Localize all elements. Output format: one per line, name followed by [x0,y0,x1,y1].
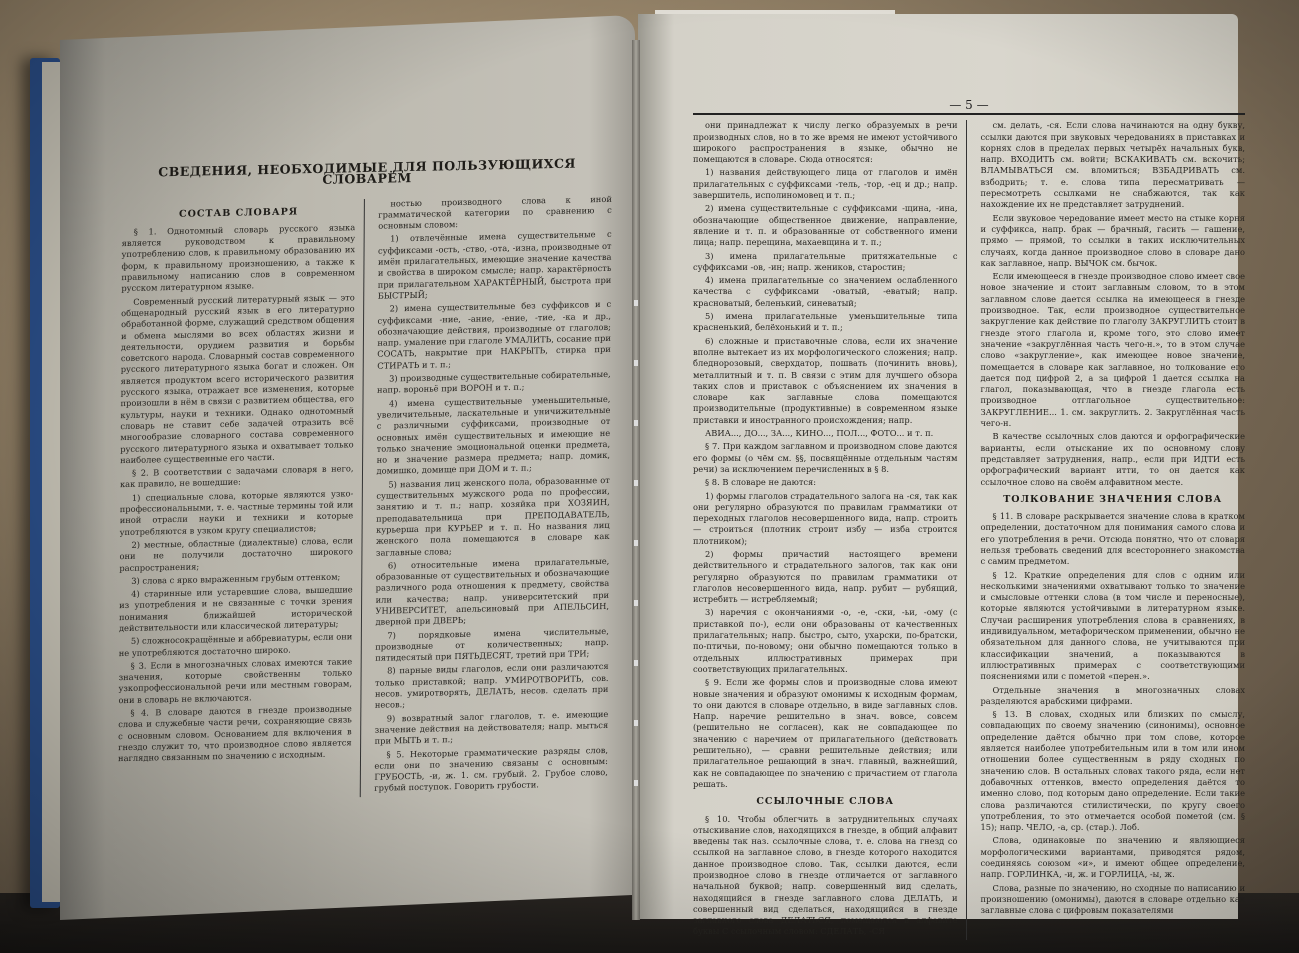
paragraph: 6) относительные имена прилагательные, о… [375,556,609,629]
left-page-column-1: СОСТАВ СЛОВАРЯ § 1. Однотомный словарь р… [118,199,365,802]
section-title-composition: СОСТАВ СЛОВАРЯ [122,205,356,221]
paragraph: см. делать, -ся. Если слова начинаются н… [981,120,1246,210]
paragraph: 1) названия действующего лица от глаголо… [693,167,958,201]
right-page-content: — 5 — они принадлежат к числу легко обра… [693,100,1245,940]
header-rule [693,113,1245,115]
paragraph: 2) формы причастий настоящего времени де… [693,549,958,605]
paragraph: 9) возвратный залог глаголов, т. е. имею… [375,709,609,748]
paragraph: § 3. Если в многозначных словах имеются … [118,656,352,706]
paragraph: АВИА..., ДО..., ЗА..., КИНО..., ПОЛ..., … [693,428,958,439]
paragraph: 5) сложносокращённые и аббревиатуры, есл… [119,632,353,659]
paragraph: § 11. В словаре раскрывается значение сл… [981,511,1246,567]
paragraph: 3) наречия с окончаниями -о, -е, -ски, -… [693,607,958,675]
paragraph: Слова, одинаковые по значению и являющие… [981,835,1246,880]
paragraph: § 9. Если же формы слов и производные сл… [693,677,958,790]
paragraph: § 7. При каждом заглавном и производном … [693,441,958,475]
paragraph: 4) имена прилагательные со значением осл… [693,275,958,309]
page-number: — 5 — [693,100,1245,111]
paragraph: 4) имена существительные уменьшительные,… [376,393,610,477]
paragraph: 1) формы глаголов страдательного залога … [693,491,958,547]
section-title-word-meaning: ТОЛКОВАНИЕ ЗНАЧЕНИЯ СЛОВА [981,494,1246,505]
paragraph: 6) сложные и приставочные слова, если их… [693,336,958,426]
paragraph: 1) специальные слова, которые являются у… [120,488,354,538]
paragraph: Отдельные значения в многозначных словах… [981,685,1246,708]
paragraph: § 4. В словаре даются в гнезде производн… [118,703,352,764]
left-page-content: СВЕДЕНИЯ, НЕОБХОДИМЫЕ ДЛЯ ПОЛЬЗУЮЩИХСЯ С… [118,145,613,802]
paragraph: 7) порядковые имена числительные, произв… [375,625,609,664]
paragraph: 3) производные существительные собирател… [377,369,611,396]
paragraph: § 1. Однотомный словарь русского языка я… [121,222,355,295]
paragraph: Современный русский литературный язык — … [120,292,355,466]
paragraph: Слова, разные по значению, но сходные по… [981,883,1246,917]
paragraph: § 5. Некоторые грамматические разряды сл… [374,744,608,794]
paragraph: § 12. Краткие определения для слов с одн… [981,570,1246,683]
left-page-columns: СОСТАВ СЛОВАРЯ § 1. Однотомный словарь р… [118,193,612,802]
binding-stitches [634,300,638,820]
paragraph: 1) отвлечённые имена существительные с с… [378,229,612,302]
paragraph: ностью производного слова к иной граммат… [378,193,612,232]
paragraph: 2) имена существительные с суффиксами -щ… [693,203,958,248]
book-page-edges [42,62,62,902]
paragraph: они принадлежат к числу легко образуемых… [693,120,958,165]
paragraph: § 13. В словах, сходных или близких по с… [981,709,1246,833]
paragraph: 4) старинные или устаревшие слова, вышед… [119,584,353,634]
paragraph: Если звуковое чередование имеет место на… [981,213,1246,269]
paragraph: 2) местные, областные (диалектные) слова… [119,535,353,574]
paragraph: 5) названия лиц женского пола, образован… [376,475,610,559]
page-title: СВЕДЕНИЯ, НЕОБХОДИМЫЕ ДЛЯ ПОЛЬЗУЮЩИХСЯ С… [122,157,612,190]
left-page-column-2: ностью производного слова к иной граммат… [374,193,612,796]
right-page-columns: они принадлежат к числу легко образуемых… [693,120,1245,939]
paragraph: § 2. В соответствии с задачами словаря в… [120,463,354,490]
paragraph: § 8. В словаре не даются: [693,477,958,488]
paragraph: 3) имена прилагательные притяжательные с… [693,251,958,274]
paragraph: Если имеющееся в гнезде производное слов… [981,271,1246,429]
right-page-column-1: они принадлежат к числу легко образуемых… [693,120,967,939]
paragraph: 2) имена существительные без суффиксов и… [377,299,611,372]
paragraph: 5) имена прилагательные уменьшительные т… [693,311,958,334]
paragraph: В качестве ссылочных слов даются и орфог… [981,431,1246,487]
section-title-reference-words: ССЫЛОЧНЫЕ СЛОВА [693,796,958,807]
right-page-column-2: см. делать, -ся. Если слова начинаются н… [981,120,1246,939]
paragraph: 8) парные виды глаголов, если они различ… [375,661,609,711]
paragraph: § 10. Чтобы облегчить в затруднительных … [693,814,958,938]
